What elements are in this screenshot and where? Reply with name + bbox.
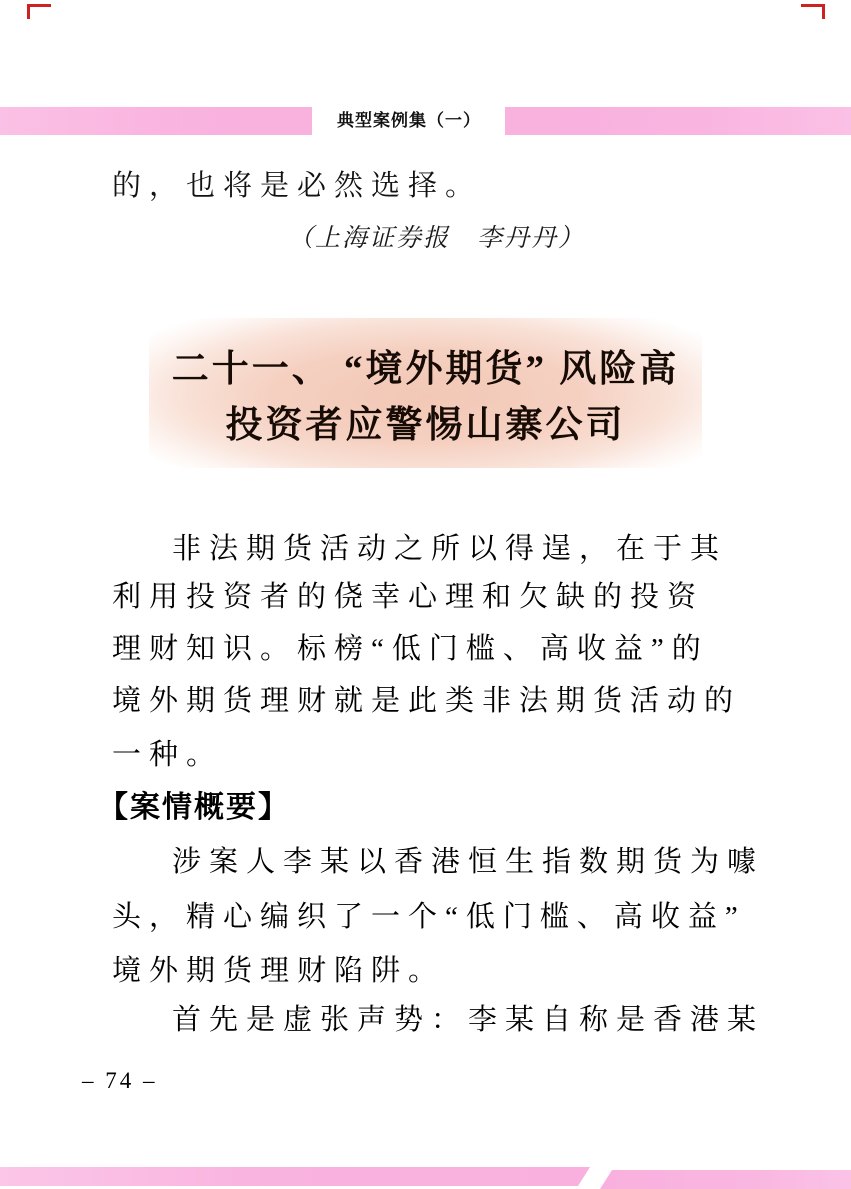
header-pink-bar-right	[505, 107, 851, 135]
crop-mark-top-left-icon	[27, 4, 51, 19]
crop-mark-top-right-icon	[801, 4, 825, 19]
paragraph2-line: 头，精心编织了一个“低门槛、高收益”	[112, 899, 746, 935]
header-pink-bar-left	[0, 107, 312, 135]
section-title-line2: 投资者应警惕山寨公司	[149, 404, 702, 448]
paragraph1-line: 境外期货理财就是此类非法期货活动的	[112, 683, 741, 719]
running-head-title: 典型案例集（一）	[316, 107, 502, 135]
book-page: 典型案例集（一） 的，也将是必然选择。 （上海证券报 李丹丹） 二十一、 “境外…	[0, 0, 851, 1189]
paragraph1-line: 非法期货活动之所以得逞，在于其	[112, 531, 727, 567]
paragraph1-line: 一种。	[112, 737, 223, 773]
paragraph1-line: 利用投资者的侥幸心理和欠缺的投资	[112, 579, 704, 615]
byline: （上海证券报 李丹丹）	[288, 222, 585, 256]
paragraph2-line: 涉案人李某以香港恒生指数期货为噱	[112, 844, 764, 880]
intro-closing-line: 的，也将是必然选择。	[112, 168, 482, 204]
footer-pink-bar-right	[600, 1170, 851, 1189]
footer-pink-bar-left	[0, 1167, 590, 1186]
paragraph2-line: 境外期货理财陷阱。	[112, 953, 445, 989]
paragraph3-line: 首先是虚张声势：李某自称是香港某	[112, 1002, 764, 1038]
section-title-line1: 二十一、 “境外期货” 风险高	[149, 348, 702, 392]
case-summary-heading: 【案情概要】	[98, 789, 290, 827]
paragraph1-line: 理财知识。标榜“低门槛、高收益”的	[112, 631, 709, 667]
page-number: – 74 –	[82, 1066, 158, 1096]
section-title-banner: 二十一、 “境外期货” 风险高 投资者应警惕山寨公司	[149, 318, 702, 468]
